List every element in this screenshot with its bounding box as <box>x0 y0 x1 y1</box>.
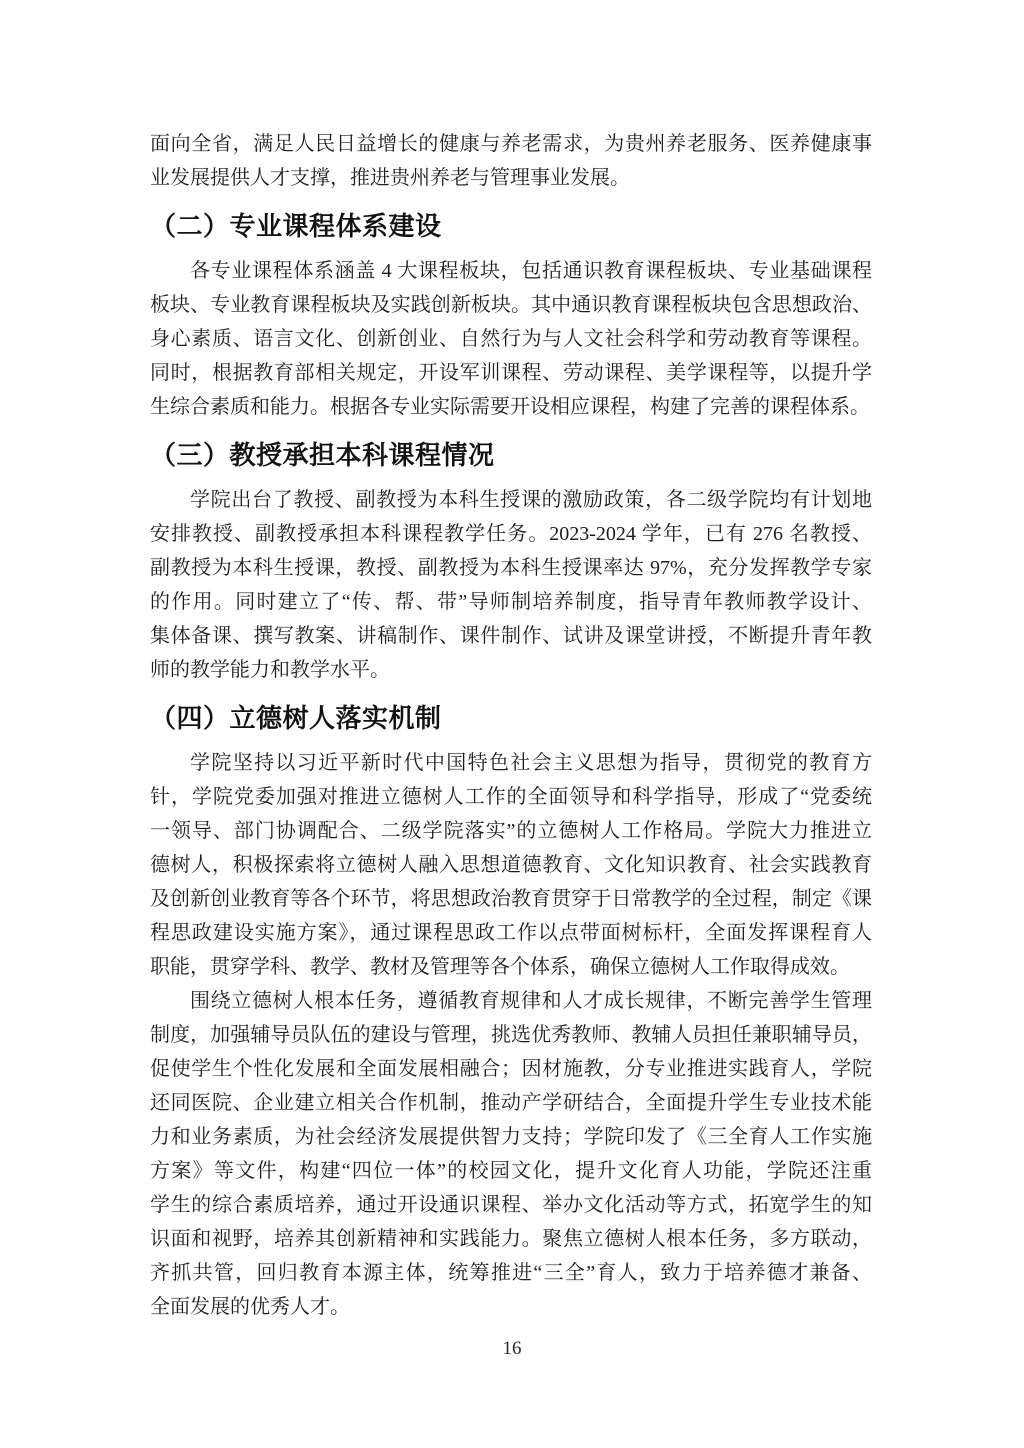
text-line: 程思政建设实施方案》，通过课程思政工作以点带面树标杆，全面发挥课程育人 <box>150 916 872 950</box>
text-line: 安排教授、副教授承担本科课程教学任务。2023-2024 学年，已有 276 名… <box>150 517 872 551</box>
text-line: 制度，加强辅导员队伍的建设与管理，挑选优秀教师、教辅人员担任兼职辅导员， <box>150 1018 872 1052</box>
text-line: 全面发展的优秀人才。 <box>150 1290 872 1324</box>
text-line: 面向全省，满足人民日益增长的健康与养老需求，为贵州养老服务、医养健康事 <box>150 127 872 161</box>
text-line: 师的教学能力和教学水平。 <box>150 653 872 687</box>
paragraph-student-management-sanquan: 围绕立德树人根本任务，遵循教育规律和人才成长规律，不断完善学生管理制度，加强辅导… <box>150 984 872 1324</box>
text-line: 识面和视野，培养其创新精神和实践能力。聚焦立德树人根本任务，多方联动， <box>150 1222 872 1256</box>
text-line: 一领导、部门协调配合、二级学院落实”的立德树人工作格局。学院大力推进立 <box>150 814 872 848</box>
page-number: 16 <box>503 1338 522 1359</box>
heading-professor-undergraduate-courses: （三）教授承担本科课程情况 <box>150 440 872 470</box>
text-line: 促使学生个性化发展和全面发展相融合；因材施教，分专业推进实践育人，学院 <box>150 1052 872 1086</box>
paragraph-lideshuren-leadership: 学院坚持以习近平新时代中国特色社会主义思想为指导，贯彻党的教育方针，学院党委加强… <box>150 746 872 984</box>
paragraph-professor-undergraduate-courses: 学院出台了教授、副教授为本科生授课的激励政策，各二级学院均有计划地安排教授、副教… <box>150 483 872 687</box>
text-line: 业发展提供人才支撑，推进贵州养老与管理事业发展。 <box>150 161 872 195</box>
text-line: 学生的综合素质培养，通过开设通识课程、举办文化活动等方式，拓宽学生的知 <box>150 1188 872 1222</box>
text-line: 板块、专业教育课程板块及实践创新板块。其中通识教育课程板块包含思想政治、 <box>150 288 872 322</box>
text-line: 生综合素质和能力。根据各专业实际需要开设相应课程，构建了完善的课程体系。 <box>150 390 872 424</box>
text-line: 学院出台了教授、副教授为本科生授课的激励政策，各二级学院均有计划地 <box>150 483 872 517</box>
page-content: 面向全省，满足人民日益增长的健康与养老需求，为贵州养老服务、医养健康事业发展提供… <box>150 127 872 1324</box>
text-line: 围绕立德树人根本任务，遵循教育规律和人才成长规律，不断完善学生管理 <box>150 984 872 1018</box>
heading-curriculum-system: （二）专业课程体系建设 <box>150 211 872 241</box>
text-line: 职能，贯穿学科、教学、教材及管理等各个体系，确保立德树人工作取得成效。 <box>150 950 872 984</box>
text-line: 各专业课程体系涵盖 4 大课程板块，包括通识教育课程板块、专业基础课程 <box>150 254 872 288</box>
text-line: 德树人，积极探索将立德树人融入思想道德教育、文化知识教育、社会实践教育 <box>150 848 872 882</box>
text-line: 及创新创业教育等各个环节，将思想政治教育贯穿于日常教学的全过程，制定《课 <box>150 882 872 916</box>
text-line: 同时，根据教育部相关规定，开设军训课程、劳动课程、美学课程等，以提升学 <box>150 356 872 390</box>
text-line: 针，学院党委加强对推进立德树人工作的全面领导和科学指导，形成了“党委统 <box>150 780 872 814</box>
document-page: 面向全省，满足人民日益增长的健康与养老需求，为贵州养老服务、医养健康事业发展提供… <box>0 0 1024 1448</box>
page-footer: 16 <box>0 1338 1024 1360</box>
text-line: 身心素质、语言文化、创新创业、自然行为与人文社会科学和劳动教育等课程。 <box>150 322 872 356</box>
paragraph-continuation-elderly-care: 面向全省，满足人民日益增长的健康与养老需求，为贵州养老服务、医养健康事业发展提供… <box>150 127 872 195</box>
heading-lideshuren-mechanism: （四）立德树人落实机制 <box>150 703 872 733</box>
text-line: 力和业务素质，为社会经济发展提供智力支持；学院印发了《三全育人工作实施 <box>150 1120 872 1154</box>
text-line: 齐抓共管，回归教育本源主体，统筹推进“三全”育人，致力于培养德才兼备、 <box>150 1256 872 1290</box>
text-line: 还同医院、企业建立相关合作机制，推动产学研结合，全面提升学生专业技术能 <box>150 1086 872 1120</box>
paragraph-curriculum-system: 各专业课程体系涵盖 4 大课程板块，包括通识教育课程板块、专业基础课程板块、专业… <box>150 254 872 424</box>
text-line: 副教授为本科生授课，教授、副教授为本科生授课率达 97%，充分发挥教学专家 <box>150 551 872 585</box>
text-line: 方案》等文件，构建“四位一体”的校园文化，提升文化育人功能，学院还注重 <box>150 1154 872 1188</box>
text-line: 学院坚持以习近平新时代中国特色社会主义思想为指导，贯彻党的教育方 <box>150 746 872 780</box>
text-line: 集体备课、撰写教案、讲稿制作、课件制作、试讲及课堂讲授，不断提升青年教 <box>150 619 872 653</box>
text-line: 的作用。同时建立了“传、帮、带”导师制培养制度，指导青年教师教学设计、 <box>150 585 872 619</box>
